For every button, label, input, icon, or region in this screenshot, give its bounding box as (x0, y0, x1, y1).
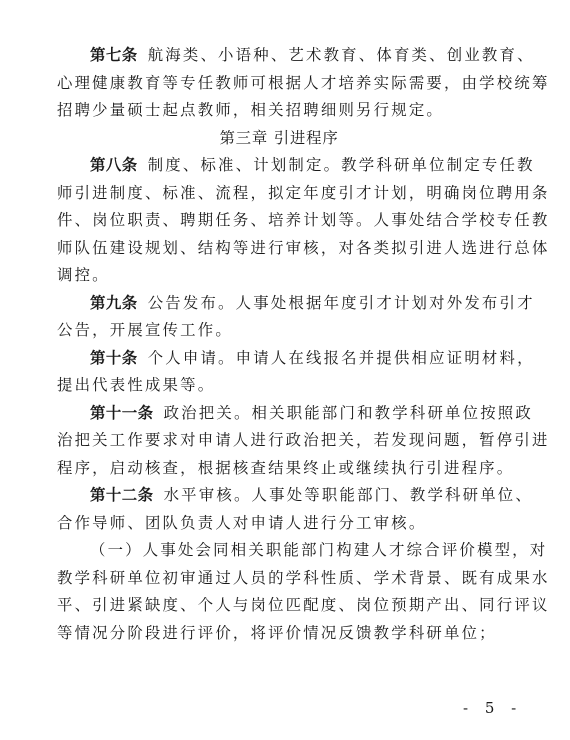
article-7-number: 第七条 (90, 46, 138, 64)
article-8-line-2: 师引进制度、标准、流程，拟定年度引才计划，明确岗位聘用条 (57, 180, 501, 208)
article-9-text: 公告发布。人事处根据年度引才计划对外发布引才 (148, 294, 535, 312)
article-8-text: 制度、标准、计划制定。教学科研单位制定专任教 (148, 156, 535, 174)
item-1-line-1: （一）人事处会同相关职能部门构建人才综合评价模型，对 (57, 537, 501, 565)
article-12-line-2: 合作导师、团队负责人对申请人进行分工审核。 (57, 510, 501, 538)
article-10-number: 第十条 (90, 349, 138, 367)
article-10-line-1: 第十条个人申请。申请人在线报名并提供相应证明材料， (57, 345, 501, 373)
item-1-line-3: 平、引进紧缺度、个人与岗位匹配度、岗位预期产出、同行评议 (57, 592, 501, 620)
article-10-line-2: 提出代表性成果等。 (57, 372, 501, 400)
article-8-line-1: 第八条制度、标准、计划制定。教学科研单位制定专任教 (57, 152, 501, 180)
article-11-line-1: 第十一条政治把关。相关职能部门和教学科研单位按照政 (57, 400, 501, 428)
article-11-line-2: 治把关工作要求对申请人进行政治把关，若发现问题，暂停引进 (57, 427, 501, 455)
article-11-text: 政治把关。相关职能部门和教学科研单位按照政 (164, 404, 533, 422)
article-12-text: 水平审核。人事处等职能部门、教学科研单位、 (164, 486, 533, 504)
article-8-line-4: 师队伍建设规划、结构等进行审核，对各类拟引进人选进行总体 (57, 235, 501, 263)
article-11-line-3: 程序，启动核查，根据核查结果终止或继续执行引进程序。 (57, 455, 501, 483)
article-7-line-3: 招聘少量硕士起点教师，相关招聘细则另行规定。 (57, 97, 501, 125)
article-7-text: 航海类、小语种、艺术教育、体育类、创业教育、 (148, 46, 535, 64)
article-12-number: 第十二条 (90, 486, 154, 504)
article-8-line-5: 调控。 (57, 262, 501, 290)
chapter-heading: 第三章 引进程序 (57, 125, 501, 153)
article-7-line-1: 第七条航海类、小语种、艺术教育、体育类、创业教育、 (57, 42, 501, 70)
article-7-line-2: 心理健康教育等专任教师可根据人才培养实际需要，由学校统筹 (57, 70, 501, 98)
page-number: - 5 - (463, 699, 522, 717)
item-1-line-4: 等情况分阶段进行评价，将评价情况反馈教学科研单位； (57, 620, 501, 648)
article-8-number: 第八条 (90, 156, 138, 174)
article-12-line-1: 第十二条水平审核。人事处等职能部门、教学科研单位、 (57, 482, 501, 510)
article-8-line-3: 件、岗位职责、聘期任务、培养计划等。人事处结合学校专任教 (57, 207, 501, 235)
item-1-line-2: 教学科研单位初审通过人员的学科性质、学术背景、既有成果水 (57, 565, 501, 593)
article-9-number: 第九条 (90, 294, 138, 312)
article-11-number: 第十一条 (90, 404, 154, 422)
article-9-line-2: 公告，开展宣传工作。 (57, 317, 501, 345)
article-10-text: 个人申请。申请人在线报名并提供相应证明材料， (148, 349, 535, 367)
article-9-line-1: 第九条公告发布。人事处根据年度引才计划对外发布引才 (57, 290, 501, 318)
document-page: 第七条航海类、小语种、艺术教育、体育类、创业教育、 心理健康教育等专任教师可根据… (57, 42, 501, 647)
